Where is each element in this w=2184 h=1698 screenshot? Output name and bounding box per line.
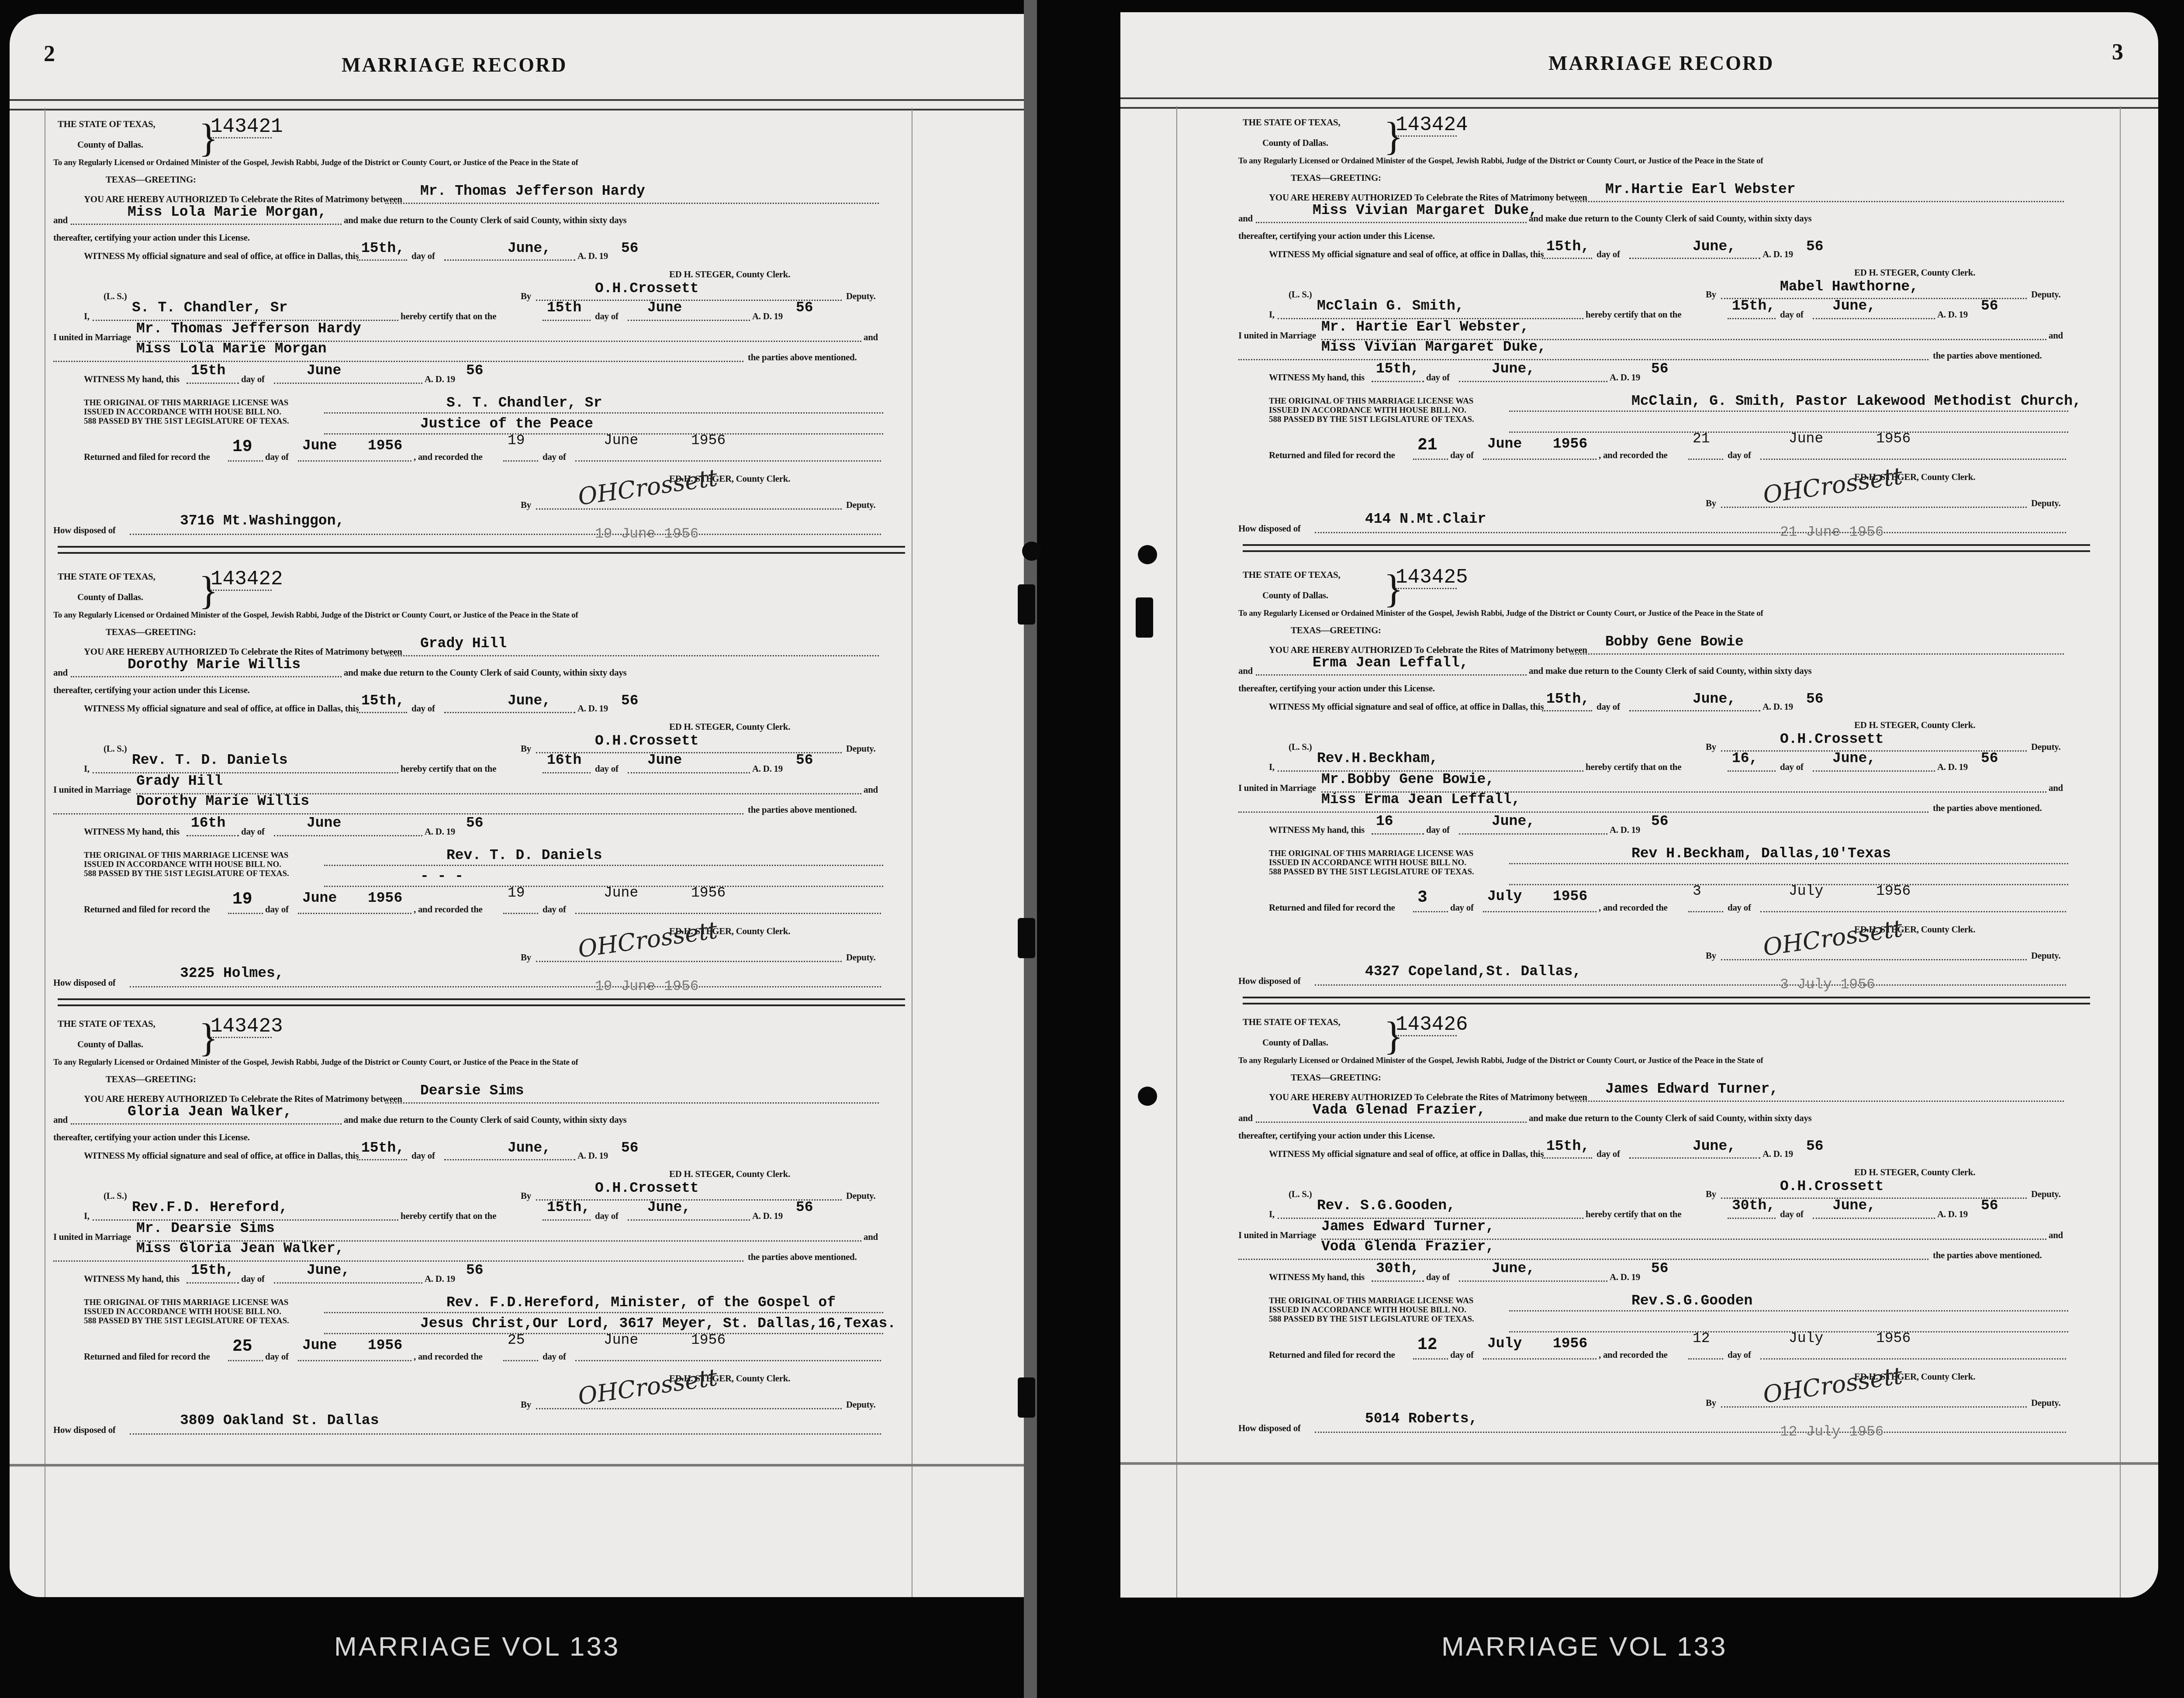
recorded-label: , and recorded the bbox=[1599, 450, 1668, 461]
record-separator bbox=[1243, 544, 2090, 552]
and-label: and bbox=[864, 1232, 878, 1242]
return-clause: and make due return to the County Clerk … bbox=[344, 215, 626, 226]
ceremony-day: 15th, bbox=[547, 1199, 590, 1215]
ceremony-year: 56 bbox=[796, 300, 813, 316]
fill-line bbox=[228, 460, 263, 462]
fill-line bbox=[130, 986, 881, 987]
house-bill-notice: THE ORIGINAL OF THIS MARRIAGE LICENSE WA… bbox=[84, 1298, 289, 1325]
recorded-year: 1956 bbox=[691, 1332, 726, 1348]
fill-line bbox=[1570, 201, 2064, 202]
officiant-name: Rev.H.Beckham, bbox=[1317, 750, 1438, 766]
fill-line bbox=[503, 913, 538, 914]
by-label: By bbox=[1706, 289, 1716, 300]
officiant-signature-line-2: Justice of the Peace bbox=[420, 416, 593, 432]
day-of-label: day of bbox=[265, 1351, 289, 1362]
fill-line bbox=[357, 712, 407, 713]
groom-name: Grady Hill bbox=[420, 635, 507, 652]
ceremony-day: 30th, bbox=[1732, 1198, 1775, 1214]
address-text: To any Regularly Licensed or Ordained Mi… bbox=[53, 158, 578, 168]
day-of-label: day of bbox=[1780, 1209, 1804, 1220]
fill-line bbox=[1509, 411, 2068, 412]
disposed-address: 5014 Roberts, bbox=[1365, 1411, 1477, 1427]
deputy-label: Deputy. bbox=[846, 1191, 875, 1201]
disposed-label: How disposed of bbox=[53, 1425, 116, 1436]
return-clause: and make due return to the County Clerk … bbox=[1529, 666, 1811, 676]
deputy-label: Deputy. bbox=[2031, 950, 2060, 961]
authorized-text: YOU ARE HEREBY AUTHORIZED To Celebrate t… bbox=[84, 646, 402, 657]
returned-month: June bbox=[302, 890, 337, 906]
day-of-label: day of bbox=[1728, 450, 1751, 461]
binder-slot-icon bbox=[1018, 1377, 1035, 1418]
ceremony-month: June, bbox=[647, 1199, 691, 1215]
bride-name: Miss Vivian Margaret Duke, bbox=[1313, 202, 1538, 218]
county-label: County of Dallas. bbox=[1262, 1037, 1328, 1048]
deputy-label: Deputy. bbox=[2031, 1398, 2060, 1408]
witness-day: 16 bbox=[1376, 813, 1393, 829]
parties-label: the parties above mentioned. bbox=[748, 1252, 857, 1263]
disposed-label: How disposed of bbox=[53, 525, 116, 536]
fill-line bbox=[1629, 258, 1760, 259]
ls-label: (L. S.) bbox=[1289, 742, 1312, 752]
fill-line bbox=[298, 913, 411, 914]
returned-label: Returned and filed for record the bbox=[1269, 450, 1395, 461]
officiant-signature-line-1: Rev.S.G.Gooden bbox=[1631, 1293, 1752, 1309]
recorded-day: 3 bbox=[1693, 883, 1701, 899]
day-of-label: day of bbox=[1426, 825, 1450, 835]
recorded-month: July bbox=[1789, 1330, 1823, 1346]
issued-year: 56 bbox=[621, 1140, 639, 1156]
recorded-label: , and recorded the bbox=[414, 1351, 483, 1362]
witness-day: 30th, bbox=[1376, 1260, 1419, 1277]
day-of-label: day of bbox=[1780, 762, 1804, 773]
ad-label: A. D. 19 bbox=[752, 763, 783, 774]
witness-official-text: WITNESS My official signature and seal o… bbox=[84, 703, 359, 714]
ceremony-day: 16, bbox=[1732, 750, 1758, 766]
by-label: By bbox=[1706, 498, 1716, 509]
deputy-signature: OHCrossett bbox=[1761, 462, 1904, 509]
officiant-signature-line-1: McClain, G. Smith, Pastor Lakewood Metho… bbox=[1631, 393, 2081, 409]
and-label: and bbox=[1238, 1113, 1253, 1124]
binder-slot-icon bbox=[1018, 584, 1035, 625]
page-title: MARRIAGE RECORD bbox=[1548, 52, 1774, 75]
issued-year: 56 bbox=[1806, 691, 1824, 707]
deputy-signature: OHCrossett bbox=[576, 1363, 719, 1410]
united-label: I united in Marriage bbox=[1238, 330, 1316, 341]
fill-line bbox=[1728, 318, 1776, 319]
ad-label: A. D. 19 bbox=[1937, 309, 1968, 320]
witness-official-text: WITNESS My official signature and seal o… bbox=[1269, 249, 1544, 260]
ls-label: (L. S.) bbox=[104, 1191, 127, 1201]
day-of-label: day of bbox=[1597, 1149, 1620, 1160]
fill-line bbox=[1542, 710, 1592, 711]
bride-name: Vada Glenad Frazier, bbox=[1313, 1102, 1486, 1118]
fill-line bbox=[71, 1123, 342, 1125]
house-bill-notice: THE ORIGINAL OF THIS MARRIAGE LICENSE WA… bbox=[1269, 397, 1474, 424]
fill-line bbox=[298, 460, 411, 462]
license-number: 143425 bbox=[1396, 566, 1468, 589]
day-of-label: day of bbox=[265, 452, 289, 462]
groom-name: Dearsie Sims bbox=[420, 1083, 524, 1099]
day-of-label: day of bbox=[543, 452, 566, 462]
fill-line bbox=[1413, 911, 1448, 912]
and-label: and bbox=[53, 1115, 68, 1125]
county-label: County of Dallas. bbox=[77, 139, 143, 150]
thereafter-text: thereafter, certifying your action under… bbox=[53, 232, 250, 243]
margin-line bbox=[2120, 106, 2121, 1598]
witness-month: June, bbox=[307, 1262, 350, 1278]
fill-line bbox=[1760, 459, 2066, 460]
record-separator bbox=[1243, 997, 2090, 1004]
issuing-deputy: Mabel Hawthorne, bbox=[1780, 279, 1918, 295]
recorded-month: June bbox=[604, 432, 638, 449]
fill-line bbox=[71, 224, 342, 225]
marriage-record-143422: THE STATE OF TEXAS, } 143422 County of D… bbox=[36, 568, 918, 1009]
fill-line bbox=[1459, 833, 1607, 835]
fill-line bbox=[1256, 1122, 1527, 1123]
ceremony-year: 56 bbox=[796, 752, 813, 768]
united-bride: Dorothy Marie Willis bbox=[136, 793, 309, 809]
house-bill-notice: THE ORIGINAL OF THIS MARRIAGE LICENSE WA… bbox=[84, 851, 289, 878]
record-separator bbox=[58, 998, 905, 1006]
and-label: and bbox=[2049, 330, 2063, 341]
fill-line bbox=[385, 655, 879, 656]
day-of-label: day of bbox=[543, 904, 566, 915]
officiant-name: McClain G. Smith, bbox=[1317, 298, 1464, 314]
address-text: To any Regularly Licensed or Ordained Mi… bbox=[53, 1058, 578, 1067]
fill-line bbox=[1570, 653, 2064, 655]
united-bride: Voda Glenda Frazier, bbox=[1321, 1239, 1494, 1255]
recorded-label: , and recorded the bbox=[1599, 902, 1668, 913]
state-label: THE STATE OF TEXAS, bbox=[58, 1018, 155, 1029]
ad-label: A. D. 19 bbox=[425, 374, 455, 385]
greeting-text: TEXAS—GREETING: bbox=[106, 1074, 196, 1085]
fill-line bbox=[1459, 1280, 1607, 1282]
ceremony-year: 56 bbox=[1981, 298, 1998, 314]
address-text: To any Regularly Licensed or Ordained Mi… bbox=[53, 611, 578, 620]
ls-label: (L. S.) bbox=[104, 743, 127, 754]
day-of-label: day of bbox=[1450, 902, 1474, 913]
united-groom: Mr.Bobby Gene Bowie, bbox=[1321, 771, 1494, 787]
authorized-text: YOU ARE HEREBY AUTHORIZED To Celebrate t… bbox=[84, 1094, 402, 1104]
day-of-label: day of bbox=[1728, 902, 1751, 913]
fill-line bbox=[1396, 135, 1457, 137]
issuing-deputy: O.H.Crossett bbox=[1780, 1178, 1884, 1194]
and-label: and bbox=[2049, 783, 2063, 794]
clerk-label: ED H. STEGER, County Clerk. bbox=[669, 269, 790, 280]
ceremony-year: 56 bbox=[796, 1199, 813, 1215]
fill-line bbox=[211, 1037, 272, 1038]
clerk-label: ED H. STEGER, County Clerk. bbox=[669, 1169, 790, 1180]
left-page: 2 MARRIAGE RECORD THE STATE OF TEXAS, } … bbox=[10, 14, 1031, 1597]
deputy-label: Deputy. bbox=[2031, 742, 2060, 752]
address-text: To any Regularly Licensed or Ordained Mi… bbox=[1238, 156, 1763, 166]
fill-line bbox=[1413, 459, 1448, 460]
groom-name: Bobby Gene Bowie bbox=[1605, 634, 1744, 650]
greeting-text: TEXAS—GREETING: bbox=[1291, 625, 1381, 636]
fill-line bbox=[503, 460, 538, 462]
fill-line bbox=[274, 835, 422, 836]
fill-line bbox=[575, 913, 881, 914]
binder-hole-icon bbox=[1138, 1087, 1157, 1106]
recorded-day: 21 bbox=[1693, 431, 1710, 447]
returned-month: July bbox=[1487, 888, 1522, 904]
right-page: 3 MARRIAGE RECORD THE STATE OF TEXAS, } … bbox=[1120, 12, 2158, 1598]
ad-label: A. D. 19 bbox=[577, 1150, 608, 1161]
fill-line bbox=[575, 1360, 881, 1361]
returned-label: Returned and filed for record the bbox=[1269, 1349, 1395, 1360]
groom-name: Mr. Thomas Jefferson Hardy bbox=[420, 183, 645, 199]
day-of-label: day of bbox=[1450, 450, 1474, 461]
returned-month: June bbox=[1487, 436, 1522, 452]
clerk-label: ED H. STEGER, County Clerk. bbox=[1854, 720, 1975, 731]
fill-line bbox=[187, 383, 239, 384]
returned-month: July bbox=[1487, 1336, 1522, 1352]
returned-year: 1956 bbox=[368, 890, 402, 906]
fill-line bbox=[187, 1282, 239, 1284]
fill-line bbox=[1459, 381, 1607, 382]
fill-line bbox=[1728, 770, 1776, 772]
address-text: To any Regularly Licensed or Ordained Mi… bbox=[1238, 1056, 1763, 1066]
fill-line bbox=[503, 1360, 538, 1361]
issuing-deputy: O.H.Crossett bbox=[595, 1180, 699, 1196]
returned-month: June bbox=[302, 1337, 337, 1353]
greeting-text: TEXAS—GREETING: bbox=[106, 174, 196, 185]
fill-line bbox=[385, 203, 879, 204]
ls-label: (L. S.) bbox=[104, 291, 127, 302]
recorded-year: 1956 bbox=[1876, 1330, 1911, 1346]
recorded-label: , and recorded the bbox=[414, 904, 483, 915]
ad-label: A. D. 19 bbox=[1762, 701, 1793, 712]
fill-line bbox=[543, 772, 591, 773]
fill-line bbox=[228, 1360, 263, 1361]
fill-line bbox=[1483, 911, 1597, 912]
fill-line bbox=[1629, 1157, 1760, 1159]
fill-line bbox=[1760, 911, 2066, 912]
thereafter-text: thereafter, certifying your action under… bbox=[1238, 1130, 1435, 1141]
recorded-label: , and recorded the bbox=[414, 452, 483, 462]
ceremony-month: June bbox=[647, 752, 682, 768]
binder-hole-icon bbox=[1022, 542, 1041, 561]
fill-line bbox=[53, 813, 743, 814]
fill-line bbox=[1372, 1280, 1424, 1282]
parties-label: the parties above mentioned. bbox=[748, 804, 857, 815]
fill-line bbox=[1372, 833, 1424, 835]
ad-label: A. D. 19 bbox=[577, 251, 608, 262]
binder-hole-icon bbox=[1138, 545, 1157, 564]
ceremony-month: June bbox=[647, 300, 682, 316]
county-label: County of Dallas. bbox=[77, 592, 143, 603]
ceremony-day: 15th, bbox=[1732, 298, 1775, 314]
by-label: By bbox=[1706, 1398, 1716, 1408]
i-label: I, bbox=[84, 763, 90, 774]
clerk-label: ED H. STEGER, County Clerk. bbox=[1854, 1167, 1975, 1178]
fill-line bbox=[1483, 459, 1597, 460]
fill-line bbox=[385, 1102, 879, 1104]
return-clause: and make due return to the County Clerk … bbox=[1529, 1113, 1811, 1124]
ls-label: (L. S.) bbox=[1289, 1189, 1312, 1200]
and-label: and bbox=[864, 784, 878, 795]
day-of-label: day of bbox=[411, 251, 435, 262]
fill-line bbox=[1256, 222, 1527, 223]
witness-official-text: WITNESS My official signature and seal o… bbox=[1269, 1149, 1544, 1160]
license-number: 143424 bbox=[1396, 114, 1468, 136]
recording-stamp-date: 19 June 1956 bbox=[595, 526, 699, 542]
fill-line bbox=[1372, 381, 1424, 382]
fill-line bbox=[575, 460, 881, 462]
disposed-address: 414 N.Mt.Clair bbox=[1365, 511, 1486, 527]
disposed-label: How disposed of bbox=[1238, 976, 1301, 987]
witness-month: June, bbox=[1492, 1260, 1535, 1277]
ad-label: A. D. 19 bbox=[1610, 372, 1640, 383]
recorded-year: 1956 bbox=[691, 885, 726, 901]
deputy-label: Deputy. bbox=[2031, 289, 2060, 300]
returned-year: 1956 bbox=[1553, 436, 1587, 452]
issued-day: 15th, bbox=[1546, 691, 1590, 707]
returned-day: 25 bbox=[232, 1337, 252, 1356]
witness-official-text: WITNESS My official signature and seal o… bbox=[84, 1150, 359, 1161]
fill-line bbox=[1629, 710, 1760, 711]
fill-line bbox=[1396, 1035, 1457, 1036]
address-text: To any Regularly Licensed or Ordained Mi… bbox=[1238, 609, 1763, 618]
i-label: I, bbox=[1269, 762, 1275, 773]
state-label: THE STATE OF TEXAS, bbox=[58, 571, 155, 582]
i-label: I, bbox=[1269, 1209, 1275, 1220]
returned-day: 12 bbox=[1417, 1336, 1438, 1354]
by-label: By bbox=[521, 952, 531, 963]
officiant-name: S. T. Chandler, Sr bbox=[132, 300, 287, 316]
certify-label: hereby certify that on the bbox=[401, 1211, 496, 1222]
witness-hand-label: WITNESS My hand, this bbox=[1269, 1272, 1365, 1283]
return-clause: and make due return to the County Clerk … bbox=[344, 1115, 626, 1125]
by-label: By bbox=[521, 291, 531, 302]
deputy-signature: OHCrossett bbox=[576, 916, 719, 963]
deputy-signature: OHCrossett bbox=[1761, 915, 1904, 961]
ad-label: A. D. 19 bbox=[1762, 1149, 1793, 1160]
witness-month: June bbox=[307, 362, 341, 379]
recorded-day: 12 bbox=[1693, 1330, 1710, 1346]
fill-line bbox=[71, 676, 342, 677]
disposed-address: 3716 Mt.Washinggon, bbox=[180, 513, 344, 529]
page-number: 3 bbox=[2112, 39, 2123, 65]
officiant-signature-line-1: S. T. Chandler, Sr bbox=[446, 395, 602, 411]
issued-day: 15th, bbox=[1546, 1138, 1590, 1154]
fill-line bbox=[324, 1312, 883, 1313]
officiant-name: Rev. S.G.Gooden, bbox=[1317, 1198, 1455, 1214]
united-label: I united in Marriage bbox=[53, 332, 131, 343]
ceremony-day: 16th bbox=[547, 752, 581, 768]
ad-label: A. D. 19 bbox=[1937, 762, 1968, 773]
fill-line bbox=[1688, 459, 1723, 460]
marriage-record-143425: THE STATE OF TEXAS, } 143425 County of D… bbox=[1221, 566, 2103, 1007]
fill-line bbox=[130, 1433, 881, 1435]
certify-label: hereby certify that on the bbox=[401, 311, 496, 322]
recorded-year: 1956 bbox=[691, 432, 726, 449]
marriage-record-143423: THE STATE OF TEXAS, } 143423 County of D… bbox=[36, 1015, 918, 1456]
and-label: and bbox=[1238, 666, 1253, 676]
volume-label: MARRIAGE VOL 133 bbox=[334, 1631, 620, 1662]
fill-line bbox=[1413, 1358, 1448, 1360]
united-bride: Miss Lola Marie Morgan bbox=[136, 341, 327, 357]
witness-day: 15th, bbox=[191, 1262, 234, 1278]
ceremony-year: 56 bbox=[1981, 750, 1998, 766]
officiant-signature-line-2: - - - bbox=[420, 868, 463, 884]
recorded-label: , and recorded the bbox=[1599, 1349, 1668, 1360]
house-bill-notice: THE ORIGINAL OF THIS MARRIAGE LICENSE WA… bbox=[84, 398, 289, 426]
deputy-label: Deputy. bbox=[846, 952, 875, 963]
witness-hand-label: WITNESS My hand, this bbox=[84, 826, 180, 837]
recorded-day: 19 bbox=[508, 885, 525, 901]
parties-label: the parties above mentioned. bbox=[1933, 803, 2042, 814]
recorded-month: June bbox=[604, 1332, 638, 1348]
issued-month: June, bbox=[1693, 1138, 1736, 1154]
fill-line bbox=[53, 1260, 743, 1262]
by-label: By bbox=[1706, 742, 1716, 752]
fill-line bbox=[1570, 1101, 2064, 1102]
issued-month: June, bbox=[508, 1140, 551, 1156]
by-label: By bbox=[1706, 1189, 1716, 1200]
fill-line bbox=[628, 320, 750, 321]
deputy-label: Deputy. bbox=[2031, 1189, 2060, 1200]
united-bride: Miss Erma Jean Leffall, bbox=[1321, 791, 1520, 808]
recording-stamp-date: 12 July 1956 bbox=[1780, 1424, 1884, 1440]
recorded-day: 19 bbox=[508, 432, 525, 449]
margin-line bbox=[1176, 106, 1177, 1598]
officiant-signature-line-2: Jesus Christ,Our Lord, 3617 Meyer, St. D… bbox=[420, 1315, 896, 1332]
issued-month: June, bbox=[1693, 238, 1736, 255]
license-number: 143421 bbox=[211, 115, 283, 138]
ceremony-month: June, bbox=[1832, 1198, 1876, 1214]
returned-year: 1956 bbox=[368, 438, 402, 454]
thereafter-text: thereafter, certifying your action under… bbox=[1238, 683, 1435, 694]
disposed-address: 3225 Holmes, bbox=[180, 965, 284, 981]
and-label: and bbox=[864, 332, 878, 343]
witness-month: June bbox=[307, 815, 341, 831]
officiant-signature-line-1: Rev. F.D.Hereford, Minister, of the Gosp… bbox=[446, 1294, 836, 1311]
bride-name: Dorothy Marie Willis bbox=[128, 656, 301, 673]
united-groom: Mr. Hartie Earl Webster, bbox=[1321, 319, 1529, 335]
issuing-deputy: O.H.Crossett bbox=[595, 280, 699, 297]
fill-line bbox=[1542, 1157, 1592, 1159]
issued-day: 15th, bbox=[1546, 238, 1590, 255]
fill-line bbox=[1813, 318, 1935, 319]
ceremony-day: 15th bbox=[547, 300, 581, 316]
greeting-text: TEXAS—GREETING: bbox=[1291, 173, 1381, 183]
recorded-month: June bbox=[1789, 431, 1823, 447]
license-number: 143423 bbox=[211, 1015, 283, 1038]
thereafter-text: thereafter, certifying your action under… bbox=[53, 685, 250, 696]
i-label: I, bbox=[84, 1211, 90, 1222]
witness-day: 16th bbox=[191, 815, 225, 831]
day-of-label: day of bbox=[1597, 249, 1620, 260]
header-rule bbox=[10, 99, 1031, 110]
day-of-label: day of bbox=[1426, 372, 1450, 383]
witness-day: 15th, bbox=[1376, 361, 1419, 377]
parties-label: the parties above mentioned. bbox=[1933, 1250, 2042, 1261]
deputy-signature: OHCrossett bbox=[576, 464, 719, 511]
returned-day: 21 bbox=[1417, 436, 1438, 455]
fill-line bbox=[1688, 911, 1723, 912]
ad-label: A. D. 19 bbox=[425, 826, 455, 837]
fill-line bbox=[1760, 1358, 2066, 1360]
groom-name: Mr.Hartie Earl Webster bbox=[1605, 181, 1796, 197]
authorized-text: YOU ARE HEREBY AUTHORIZED To Celebrate t… bbox=[1269, 1092, 1587, 1103]
united-groom: Grady Hill bbox=[136, 773, 223, 789]
disposed-address: 3809 Oakland St. Dallas bbox=[180, 1412, 379, 1429]
record-separator bbox=[58, 546, 905, 554]
recording-stamp-date: 21 June 1956 bbox=[1780, 524, 1884, 540]
returned-label: Returned and filed for record the bbox=[84, 904, 210, 915]
fill-line bbox=[1542, 258, 1592, 259]
